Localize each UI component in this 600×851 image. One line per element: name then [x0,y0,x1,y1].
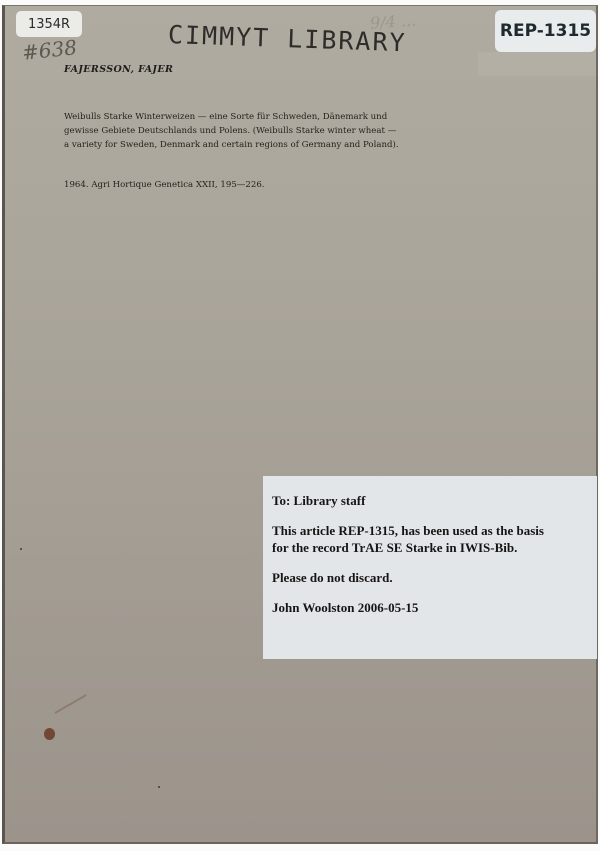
title-line: Weibulls Starke Winterweizen — eine Sort… [64,110,564,124]
tape-shadow [478,52,596,76]
speck [20,548,22,550]
library-note-slip: To: Library staff This article REP-1315,… [263,476,597,659]
citation: 1964. Agri Hortique Genetica XXII, 195—2… [64,180,265,190]
note-signature: John Woolston 2006-05-15 [272,599,597,616]
speck [158,786,160,788]
rep-id-label: REP-1315 [495,10,596,52]
title-line: gewisse Gebiete Deutschlands und Polens.… [64,124,564,138]
author-name: FAJERSSON, FAJER [64,64,173,75]
note-body-line: This article REP-1315, has been used as … [272,522,597,539]
title-line: a variety for Sweden, Denmark and certai… [64,138,564,152]
note-body-line: for the record TrAE SE Starke in IWIS-Bi… [272,539,597,556]
note-recipient: To: Library staff [272,492,597,509]
stain-mark [44,728,55,740]
article-title: Weibulls Starke Winterweizen — eine Sort… [64,110,564,152]
pencil-scribble: 9/4 ... [369,10,416,32]
note-instruction: Please do not discard. [272,569,597,586]
call-number-label: 1354R [16,11,82,37]
